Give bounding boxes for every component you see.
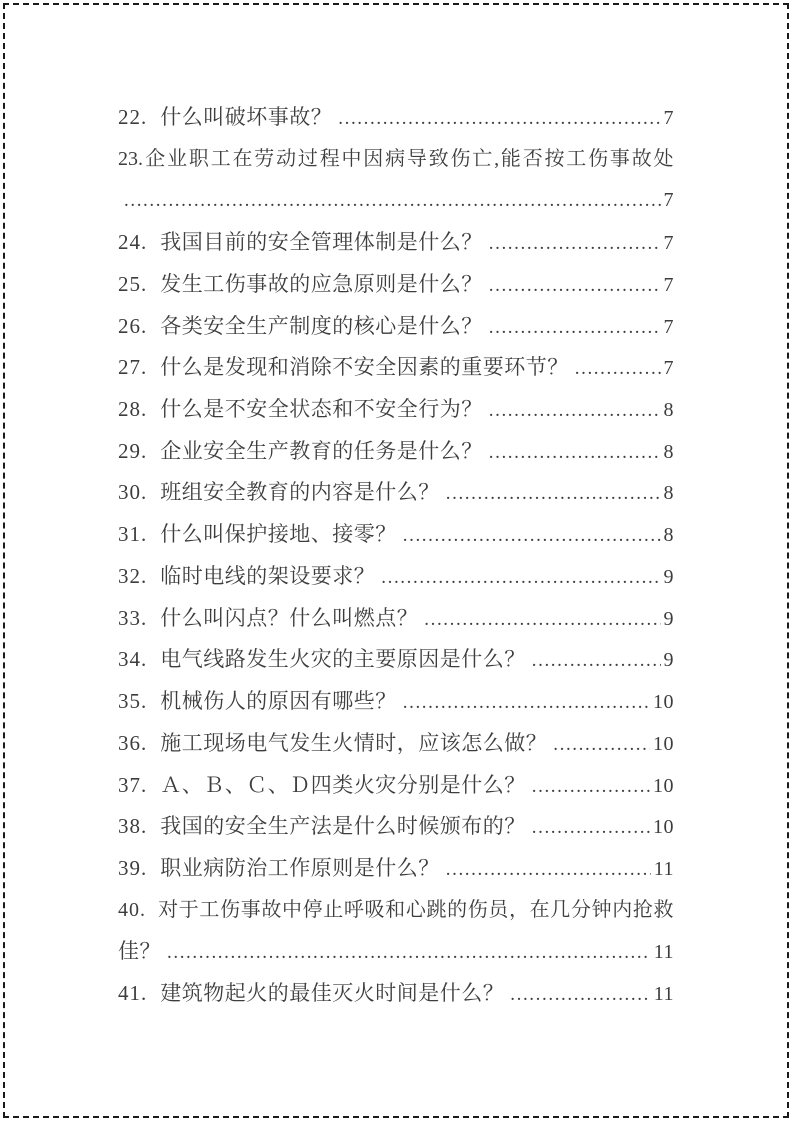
entry-title: 企业职工在劳动过程中因病导致伤亡,能否按工伤事故处理？ <box>118 148 674 181</box>
entry-title: 佳？ <box>118 931 161 973</box>
dot-leader: ........................................… <box>510 974 650 1016</box>
entry-title: 发生工伤事故的应急原则是什么？ <box>160 264 483 306</box>
table-of-contents: 22.什么叫破坏事故？.............................… <box>118 97 674 1015</box>
entry-number: 24. <box>118 222 147 264</box>
entry-title: 什么是发现和消除不安全因素的重要环节？ <box>160 347 569 389</box>
dot-leader: ........................................… <box>403 515 661 557</box>
dot-leader: ........................................… <box>124 180 661 222</box>
entry-page-number: 7 <box>664 348 675 390</box>
dot-leader: ........................................… <box>553 724 650 766</box>
toc-entry: 37.Ａ、Ｂ、Ｃ、Ｄ四类火灾分别是什么？....................… <box>118 765 674 807</box>
entry-title: 什么叫闪点？什么叫燃点？ <box>160 598 418 640</box>
toc-entry: 24.我国目前的安全管理体制是什么？......................… <box>118 222 674 264</box>
entry-number: 25. <box>118 264 147 306</box>
entry-number: 33. <box>118 598 147 640</box>
toc-entry: 38.我国的安全生产法是什么时候颁布的？....................… <box>118 806 674 848</box>
entry-title: 职业病防治工作原则是什么？ <box>160 848 440 890</box>
entry-title: 电气线路发生火灾的主要原因是什么？ <box>160 639 526 681</box>
dot-leader: ........................................… <box>489 432 661 474</box>
entry-page-number: 9 <box>664 640 675 682</box>
entry-number: 35. <box>118 681 147 723</box>
entry-number: 40. <box>118 899 146 921</box>
entry-title: 我国目前的安全管理体制是什么？ <box>160 222 483 264</box>
entry-number: 31. <box>118 514 147 556</box>
dot-leader: ........................................… <box>381 557 660 599</box>
entry-page-number: 11 <box>654 974 674 1016</box>
toc-entry: 32.临时电线的架设要求？...........................… <box>118 556 674 598</box>
dot-leader: ........................................… <box>532 640 661 682</box>
entry-page-number: 9 <box>664 599 675 641</box>
toc-entry: 29.企业安全生产教育的任务是什么？......................… <box>118 431 674 473</box>
entry-page-number: 8 <box>664 473 675 515</box>
entry-title: 企业安全生产教育的任务是什么？ <box>160 431 483 473</box>
toc-entry: 23.企业职工在劳动过程中因病导致伤亡,能否按工伤事故处理？ <box>118 139 674 181</box>
entry-title: 临时电线的架设要求？ <box>160 556 375 598</box>
entry-title: 施工现场电气发生火情时，应该怎么做？ <box>160 723 547 765</box>
entry-page-number: 8 <box>664 515 675 557</box>
entry-page-number: 7 <box>664 180 675 222</box>
entry-title: 什么叫破坏事故？ <box>160 97 332 139</box>
entry-page-number: 11 <box>654 849 674 891</box>
toc-entry: 39.职业病防治工作原则是什么？........................… <box>118 848 674 890</box>
entry-number: 28. <box>118 389 147 431</box>
entry-number: 39. <box>118 848 147 890</box>
entry-title: 对于工伤事故中停止呼吸和心跳的伤员，在几分钟内抢救最 <box>118 899 674 932</box>
entry-page-number: 11 <box>654 932 674 974</box>
entry-number: 23. <box>118 148 143 170</box>
toc-entry: 33.什么叫闪点？什么叫燃点？.........................… <box>118 598 674 640</box>
entry-page-number: 7 <box>664 223 675 265</box>
entry-number: 26. <box>118 306 147 348</box>
entry-page-number: 7 <box>664 307 675 349</box>
entry-page-number: 7 <box>664 265 675 307</box>
entry-page-number: 10 <box>653 724 674 766</box>
toc-entry: 26.各类安全生产制度的核心是什么？......................… <box>118 306 674 348</box>
dot-leader: ........................................… <box>403 682 650 724</box>
entry-page-number: 10 <box>653 766 674 808</box>
dot-leader: ........................................… <box>532 807 650 849</box>
toc-entry: ........................................… <box>118 180 674 222</box>
dot-leader: ........................................… <box>489 307 661 349</box>
dot-leader: ........................................… <box>489 265 661 307</box>
toc-entry: 佳？......................................… <box>118 931 674 973</box>
entry-page-number: 8 <box>664 432 675 474</box>
toc-entry: 28.什么是不安全状态和不安全行为？......................… <box>118 389 674 431</box>
toc-entry: 25.发生工伤事故的应急原则是什么？......................… <box>118 264 674 306</box>
toc-entry: 27.什么是发现和消除不安全因素的重要环节？..................… <box>118 347 674 389</box>
dot-leader: ........................................… <box>446 849 651 891</box>
entry-number: 38. <box>118 806 147 848</box>
entry-title: 机械伤人的原因有哪些？ <box>160 681 397 723</box>
toc-entry: 36.施工现场电气发生火情时，应该怎么做？...................… <box>118 723 674 765</box>
entry-number: 32. <box>118 556 147 598</box>
dot-leader: ........................................… <box>532 766 650 808</box>
toc-entry: 22.什么叫破坏事故？.............................… <box>118 97 674 139</box>
entry-number: 41. <box>118 973 147 1015</box>
entry-title: Ａ、Ｂ、Ｃ、Ｄ四类火灾分别是什么？ <box>160 765 526 807</box>
entry-title: 各类安全生产制度的核心是什么？ <box>160 306 483 348</box>
entry-title: 什么叫保护接地、接零？ <box>160 514 397 556</box>
toc-entry: 34.电气线路发生火灾的主要原因是什么？....................… <box>118 639 674 681</box>
entry-title: 建筑物起火的最佳灭火时间是什么？ <box>160 973 504 1015</box>
entry-page-number: 9 <box>664 557 675 599</box>
dot-leader: ........................................… <box>575 348 661 390</box>
dot-leader: ........................................… <box>167 932 651 974</box>
toc-entry: 30.班组安全教育的内容是什么？........................… <box>118 472 674 514</box>
dot-leader: ........................................… <box>424 599 660 641</box>
entry-page-number: 8 <box>664 390 675 432</box>
toc-entry: 41.建筑物起火的最佳灭火时间是什么？.....................… <box>118 973 674 1015</box>
toc-entry: 35.机械伤人的原因有哪些？..........................… <box>118 681 674 723</box>
dot-leader: ........................................… <box>446 473 661 515</box>
toc-entry: 40.对于工伤事故中停止呼吸和心跳的伤员，在几分钟内抢救最 <box>118 890 674 932</box>
dot-leader: ........................................… <box>489 223 661 265</box>
entry-number: 37. <box>118 765 147 807</box>
entry-number: 29. <box>118 431 147 473</box>
entry-title: 什么是不安全状态和不安全行为？ <box>160 389 483 431</box>
dot-leader: ........................................… <box>489 390 661 432</box>
toc-entry: 31.什么叫保护接地、接零？..........................… <box>118 514 674 556</box>
entry-number: 36. <box>118 723 147 765</box>
entry-title: 班组安全教育的内容是什么？ <box>160 472 440 514</box>
entry-page-number: 10 <box>653 682 674 724</box>
dot-leader: ........................................… <box>338 98 660 140</box>
entry-number: 22. <box>118 97 147 139</box>
entry-page-number: 10 <box>653 807 674 849</box>
entry-number: 27. <box>118 347 147 389</box>
entry-number: 30. <box>118 472 147 514</box>
entry-number: 34. <box>118 639 147 681</box>
entry-title: 我国的安全生产法是什么时候颁布的？ <box>160 806 526 848</box>
entry-page-number: 7 <box>664 98 675 140</box>
